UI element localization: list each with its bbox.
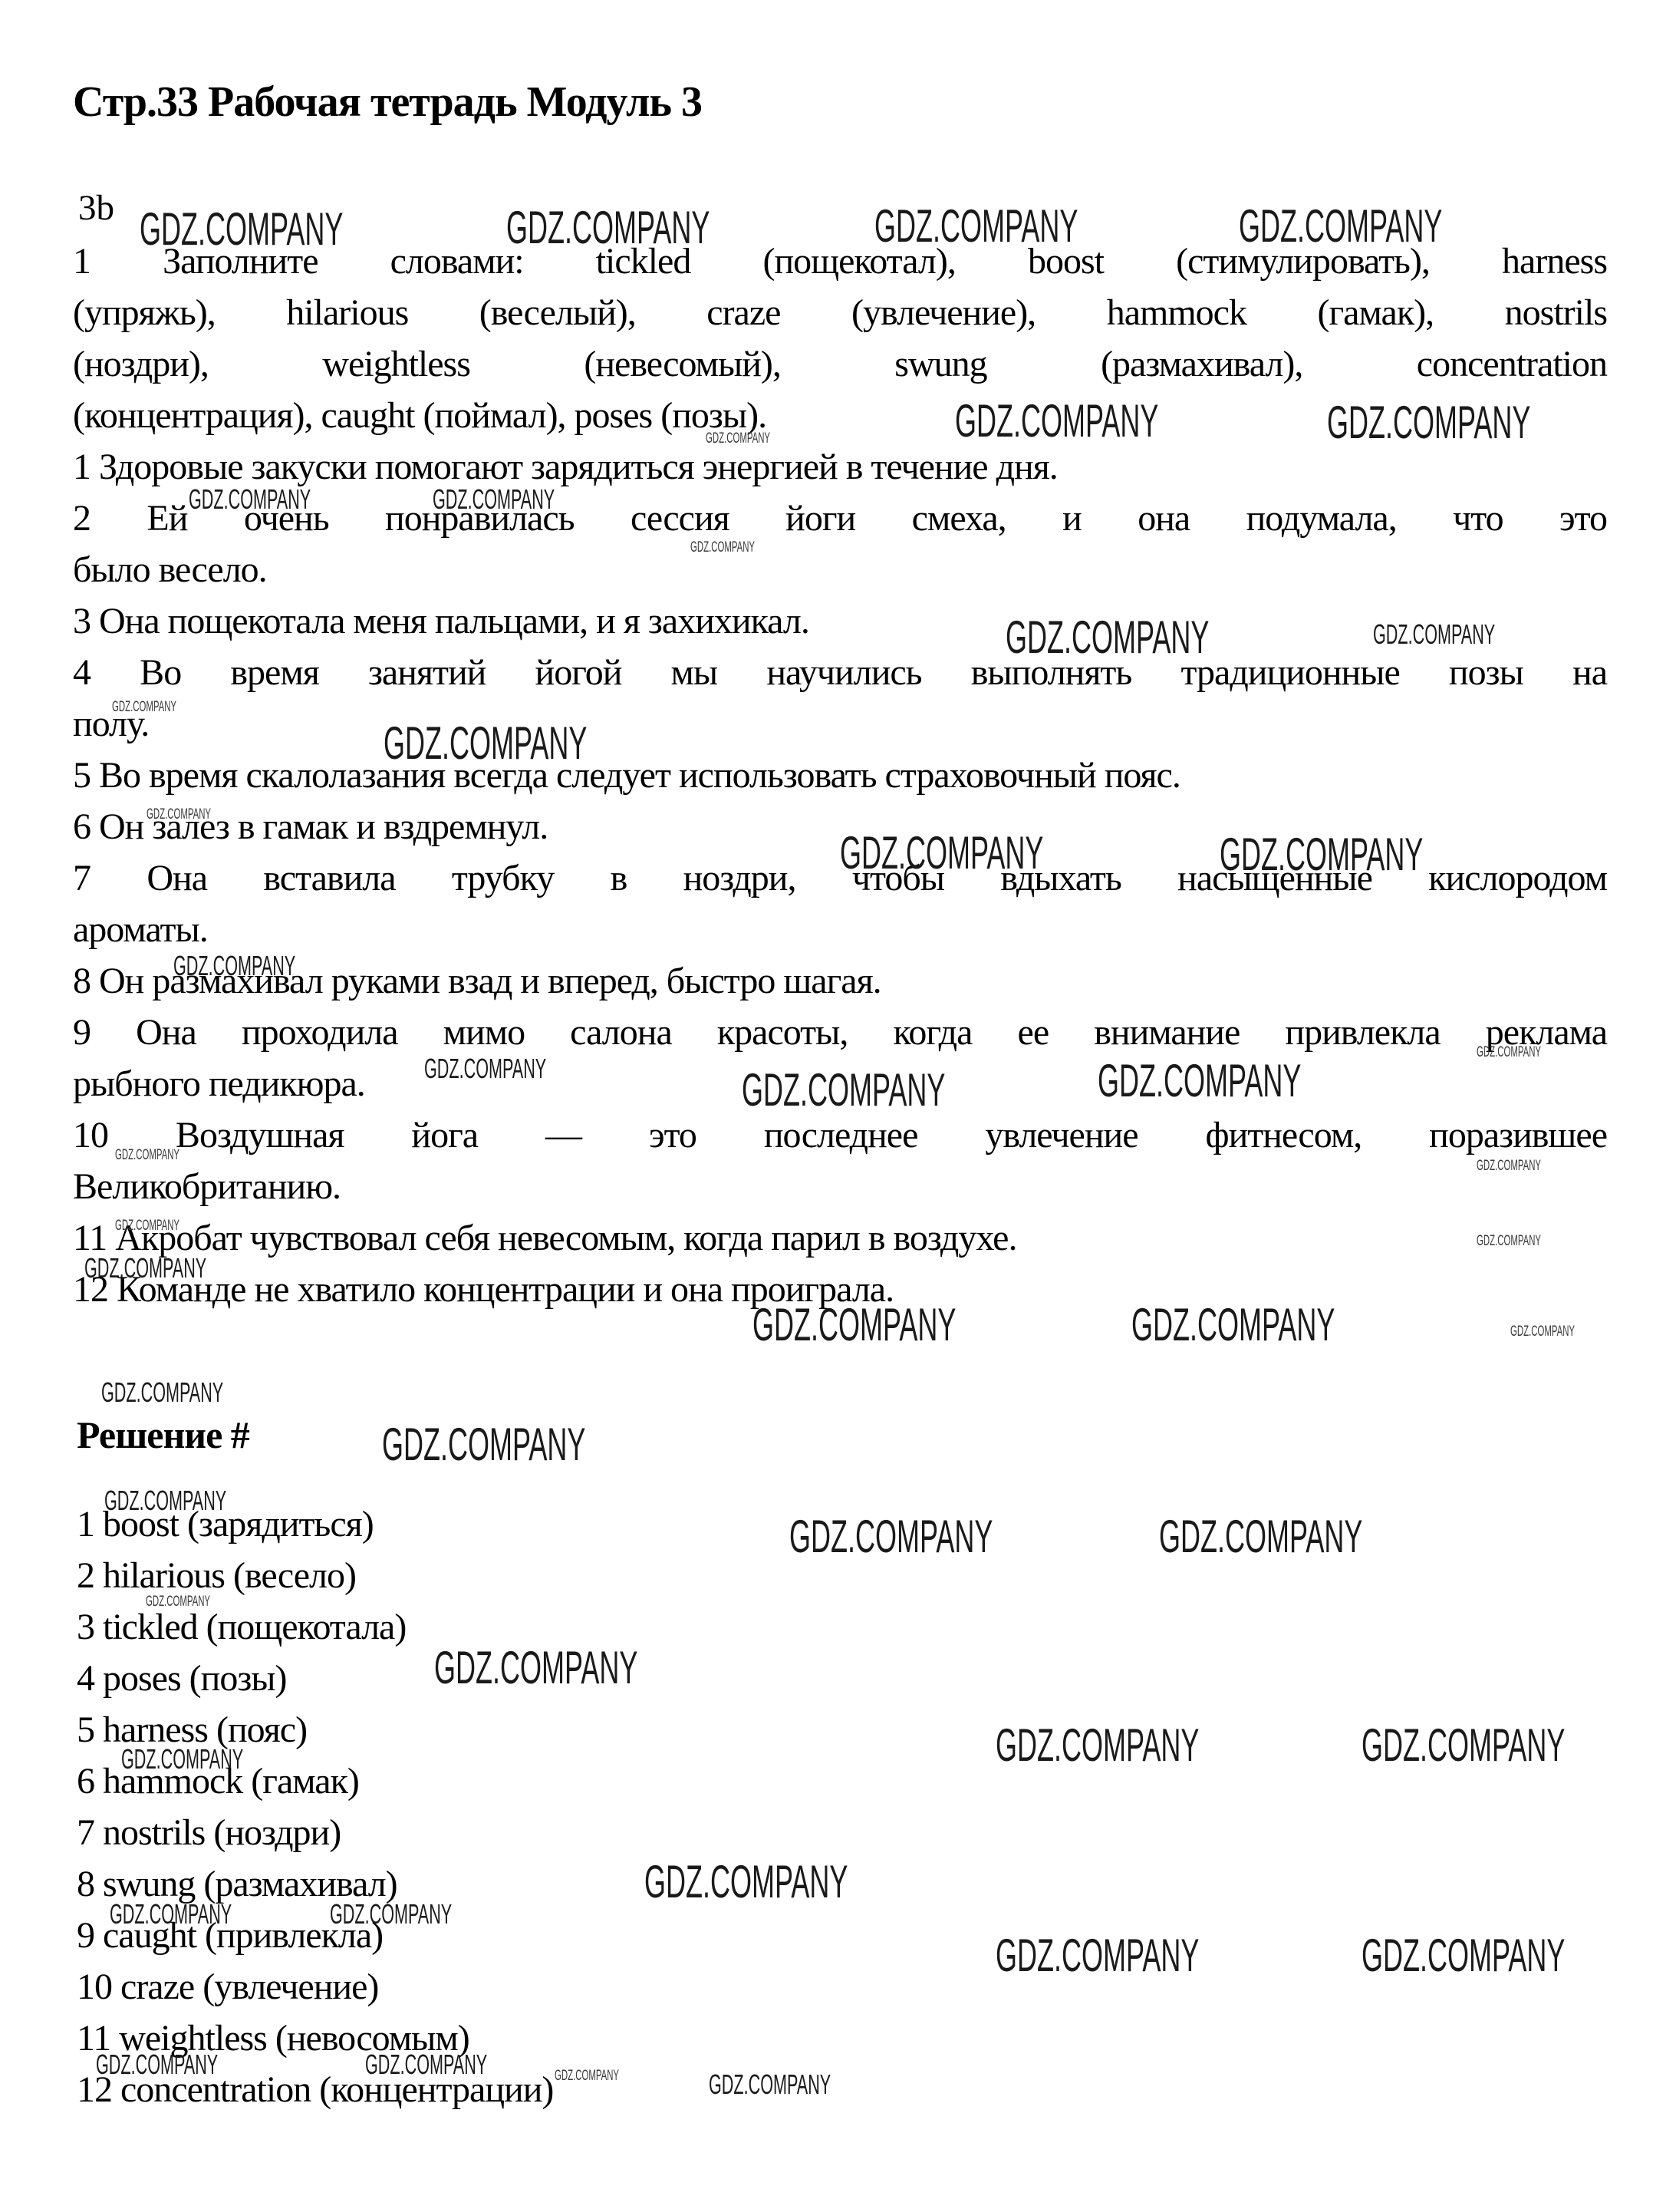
gdz-company-watermark: GDZ.COMPANY [382,1420,585,1469]
task-line: 10 Воздушная йога — это последнее увлече… [73,1109,1607,1161]
answer-line: 3 tickled (пощекотала) [77,1601,1611,1653]
task-line: 3 Она пощекотала меня пальцами, и я захи… [73,595,1607,647]
answer-line: 2 hilarious (весело) [77,1550,1611,1601]
answer-line: 9 caught (привлекла) [77,1910,1611,1961]
gdz-company-watermark: GDZ.COMPANY [101,1378,223,1407]
answer-line: 1 boost (зарядиться) [77,1498,1611,1550]
worksheet-page: Стр.33 Рабочая тетрадь Модуль 3 3b 1 Зап… [0,0,1676,2212]
exercise-label: 3b [78,186,114,229]
task-line: рыбного педикюра. [73,1058,1607,1109]
task-line: 7 Она вставила трубку в ноздри, чтобы вд… [73,852,1607,904]
answer-line: 10 craze (увлечение) [77,1961,1611,2013]
answer-line: 8 swung (размахивал) [77,1858,1611,1910]
page-title: Стр.33 Рабочая тетрадь Модуль 3 [73,77,702,127]
task-line: 9 Она проходила мимо салона красоты, ког… [73,1007,1607,1058]
answer-line: 5 harness (пояс) [77,1704,1611,1755]
task-line: (упряжь), hilarious (веселый), craze (ув… [73,287,1607,338]
answer-line: 6 hammock (гамак) [77,1755,1611,1807]
task-line: 5 Во время скалолазания всегда следует и… [73,750,1607,801]
task-line: полу. [73,698,1607,750]
answer-line: 12 concentration (концентрации) [77,2064,1611,2115]
task-line: 12 Команде не хватило концентрации и она… [73,1264,1607,1315]
answers-list: 1 boost (зарядиться)2 hilarious (весело)… [77,1498,1611,2115]
gdz-company-watermark: GDZ.COMPANY [1510,1324,1575,1340]
answer-line: 11 weightless (невосомым) [77,2013,1611,2064]
task-line: Великобританию. [73,1161,1607,1212]
task-line: 6 Он залез в гамак и вздремнул. [73,801,1607,852]
task-line: было весело. [73,544,1607,595]
task-line: ароматы. [73,904,1607,955]
task-line: (концентрация), caught (поймал), poses (… [73,390,1607,441]
task-line: 1 Здоровые закуски помогают зарядиться э… [73,441,1607,493]
task-line: 11 Акробат чувствовал себя невесомым, ко… [73,1212,1607,1264]
task-text: 1 Заполните словами: tickled (пощекотал)… [73,236,1607,1315]
task-line: 4 Во время занятий йогой мы научились вы… [73,647,1607,698]
task-line: 2 Ей очень понравилась сессия йоги смеха… [73,493,1607,544]
task-line: 1 Заполните словами: tickled (пощекотал)… [73,236,1607,287]
answer-line: 7 nostrils (ноздри) [77,1807,1611,1858]
task-line: (ноздри), weightless (невесомый), swung … [73,338,1607,390]
task-line: 8 Он размахивал руками взад и вперед, бы… [73,955,1607,1007]
answer-line: 4 poses (позы) [77,1653,1611,1704]
solution-heading: Решение # [77,1412,249,1458]
